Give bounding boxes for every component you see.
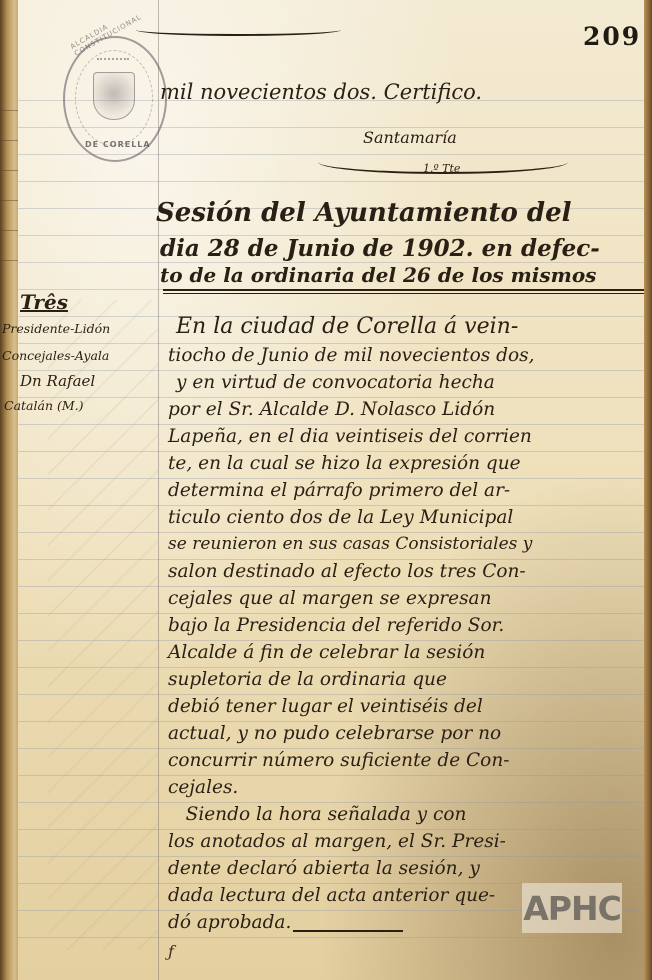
heading-double-rule bbox=[163, 289, 652, 291]
minutes-line: salon destinado al efecto los tres Con- bbox=[168, 563, 526, 582]
minutes-line: te, en la cual se hizo la expresión que bbox=[168, 455, 521, 474]
minutes-line: Alcalde á fin de celebrar la sesión bbox=[168, 644, 485, 663]
minutes-line: los anotados al margen, el Sr. Presi- bbox=[168, 833, 506, 852]
ledger-page: 209 ALCALDIA CONSTITUCIONAL DE CORELLA m… bbox=[18, 0, 646, 980]
margin-attendee: Dn Rafael bbox=[20, 374, 95, 389]
header-line: mil novecientos dos. Certifico. bbox=[160, 82, 482, 103]
minutes-line: dada lectura del acta anterior que- bbox=[168, 887, 495, 906]
session-heading-line-1: Sesión del Ayuntamiento del bbox=[156, 200, 572, 226]
signature: Santamaría bbox=[363, 130, 457, 146]
page-number: 209 bbox=[583, 22, 641, 51]
crown-icon bbox=[97, 58, 129, 72]
left-page-edge bbox=[0, 0, 18, 980]
top-flourish bbox=[136, 24, 341, 36]
minutes-line: concurrir número suficiente de Con- bbox=[168, 752, 509, 771]
minutes-line: dó aprobada. bbox=[168, 914, 291, 933]
footer-initials: ƒ bbox=[168, 942, 174, 961]
margin-count-title: Três bbox=[20, 292, 68, 312]
margin-rule bbox=[158, 0, 159, 980]
aphc-watermark: APHC bbox=[522, 883, 622, 933]
margin-attendee: Catalán (M.) bbox=[4, 400, 84, 413]
minutes-line: ticulo ciento dos de la Ley Municipal bbox=[168, 509, 513, 528]
minutes-line: debió tener lugar el veintiséis del bbox=[168, 698, 483, 717]
minutes-line: y en virtud de convocatoria hecha bbox=[176, 374, 495, 393]
session-heading-line-3: to de la ordinaria del 26 de los mismos bbox=[160, 265, 596, 285]
closing-line-stroke bbox=[293, 930, 403, 932]
minutes-line: Siendo la hora señalada y con bbox=[168, 806, 466, 825]
signature-title: 1.º Tte bbox=[423, 163, 460, 174]
minutes-line: actual, y no pudo celebrarse por no bbox=[168, 725, 501, 744]
minutes-line: En la ciudad de Corella á vein- bbox=[176, 316, 518, 338]
minutes-line: determina el párrafo primero del ar- bbox=[168, 482, 510, 501]
margin-attendee: Concejales-Ayala bbox=[2, 350, 109, 363]
coat-of-arms-icon bbox=[93, 72, 135, 120]
heading-double-rule-lower bbox=[163, 293, 652, 294]
minutes-line: supletoria de la ordinaria que bbox=[168, 671, 447, 690]
seal-bottom-text: DE CORELLA bbox=[85, 140, 151, 149]
minutes-line: Lapeña, en el dia veintiseis del corrien bbox=[168, 428, 532, 447]
minutes-line: tiocho de Junio de mil novecientos dos, bbox=[168, 347, 534, 366]
right-page-edge bbox=[644, 0, 652, 980]
official-seal-stamp: ALCALDIA CONSTITUCIONAL DE CORELLA bbox=[63, 36, 167, 162]
minutes-line: por el Sr. Alcalde D. Nolasco Lidón bbox=[168, 401, 495, 420]
minutes-line: dente declaró abierta la sesión, y bbox=[168, 860, 480, 879]
margin-attendee: Presidente-Lidón bbox=[2, 323, 110, 336]
minutes-line: cejales. bbox=[168, 779, 238, 798]
minutes-line: se reunieron en sus casas Consistoriales… bbox=[168, 536, 532, 553]
minutes-line: cejales que al margen se expresan bbox=[168, 590, 492, 609]
minutes-line: bajo la Presidencia del referido Sor. bbox=[168, 617, 504, 636]
session-heading-line-2: dia 28 de Junio de 1902. en defec- bbox=[160, 237, 600, 260]
